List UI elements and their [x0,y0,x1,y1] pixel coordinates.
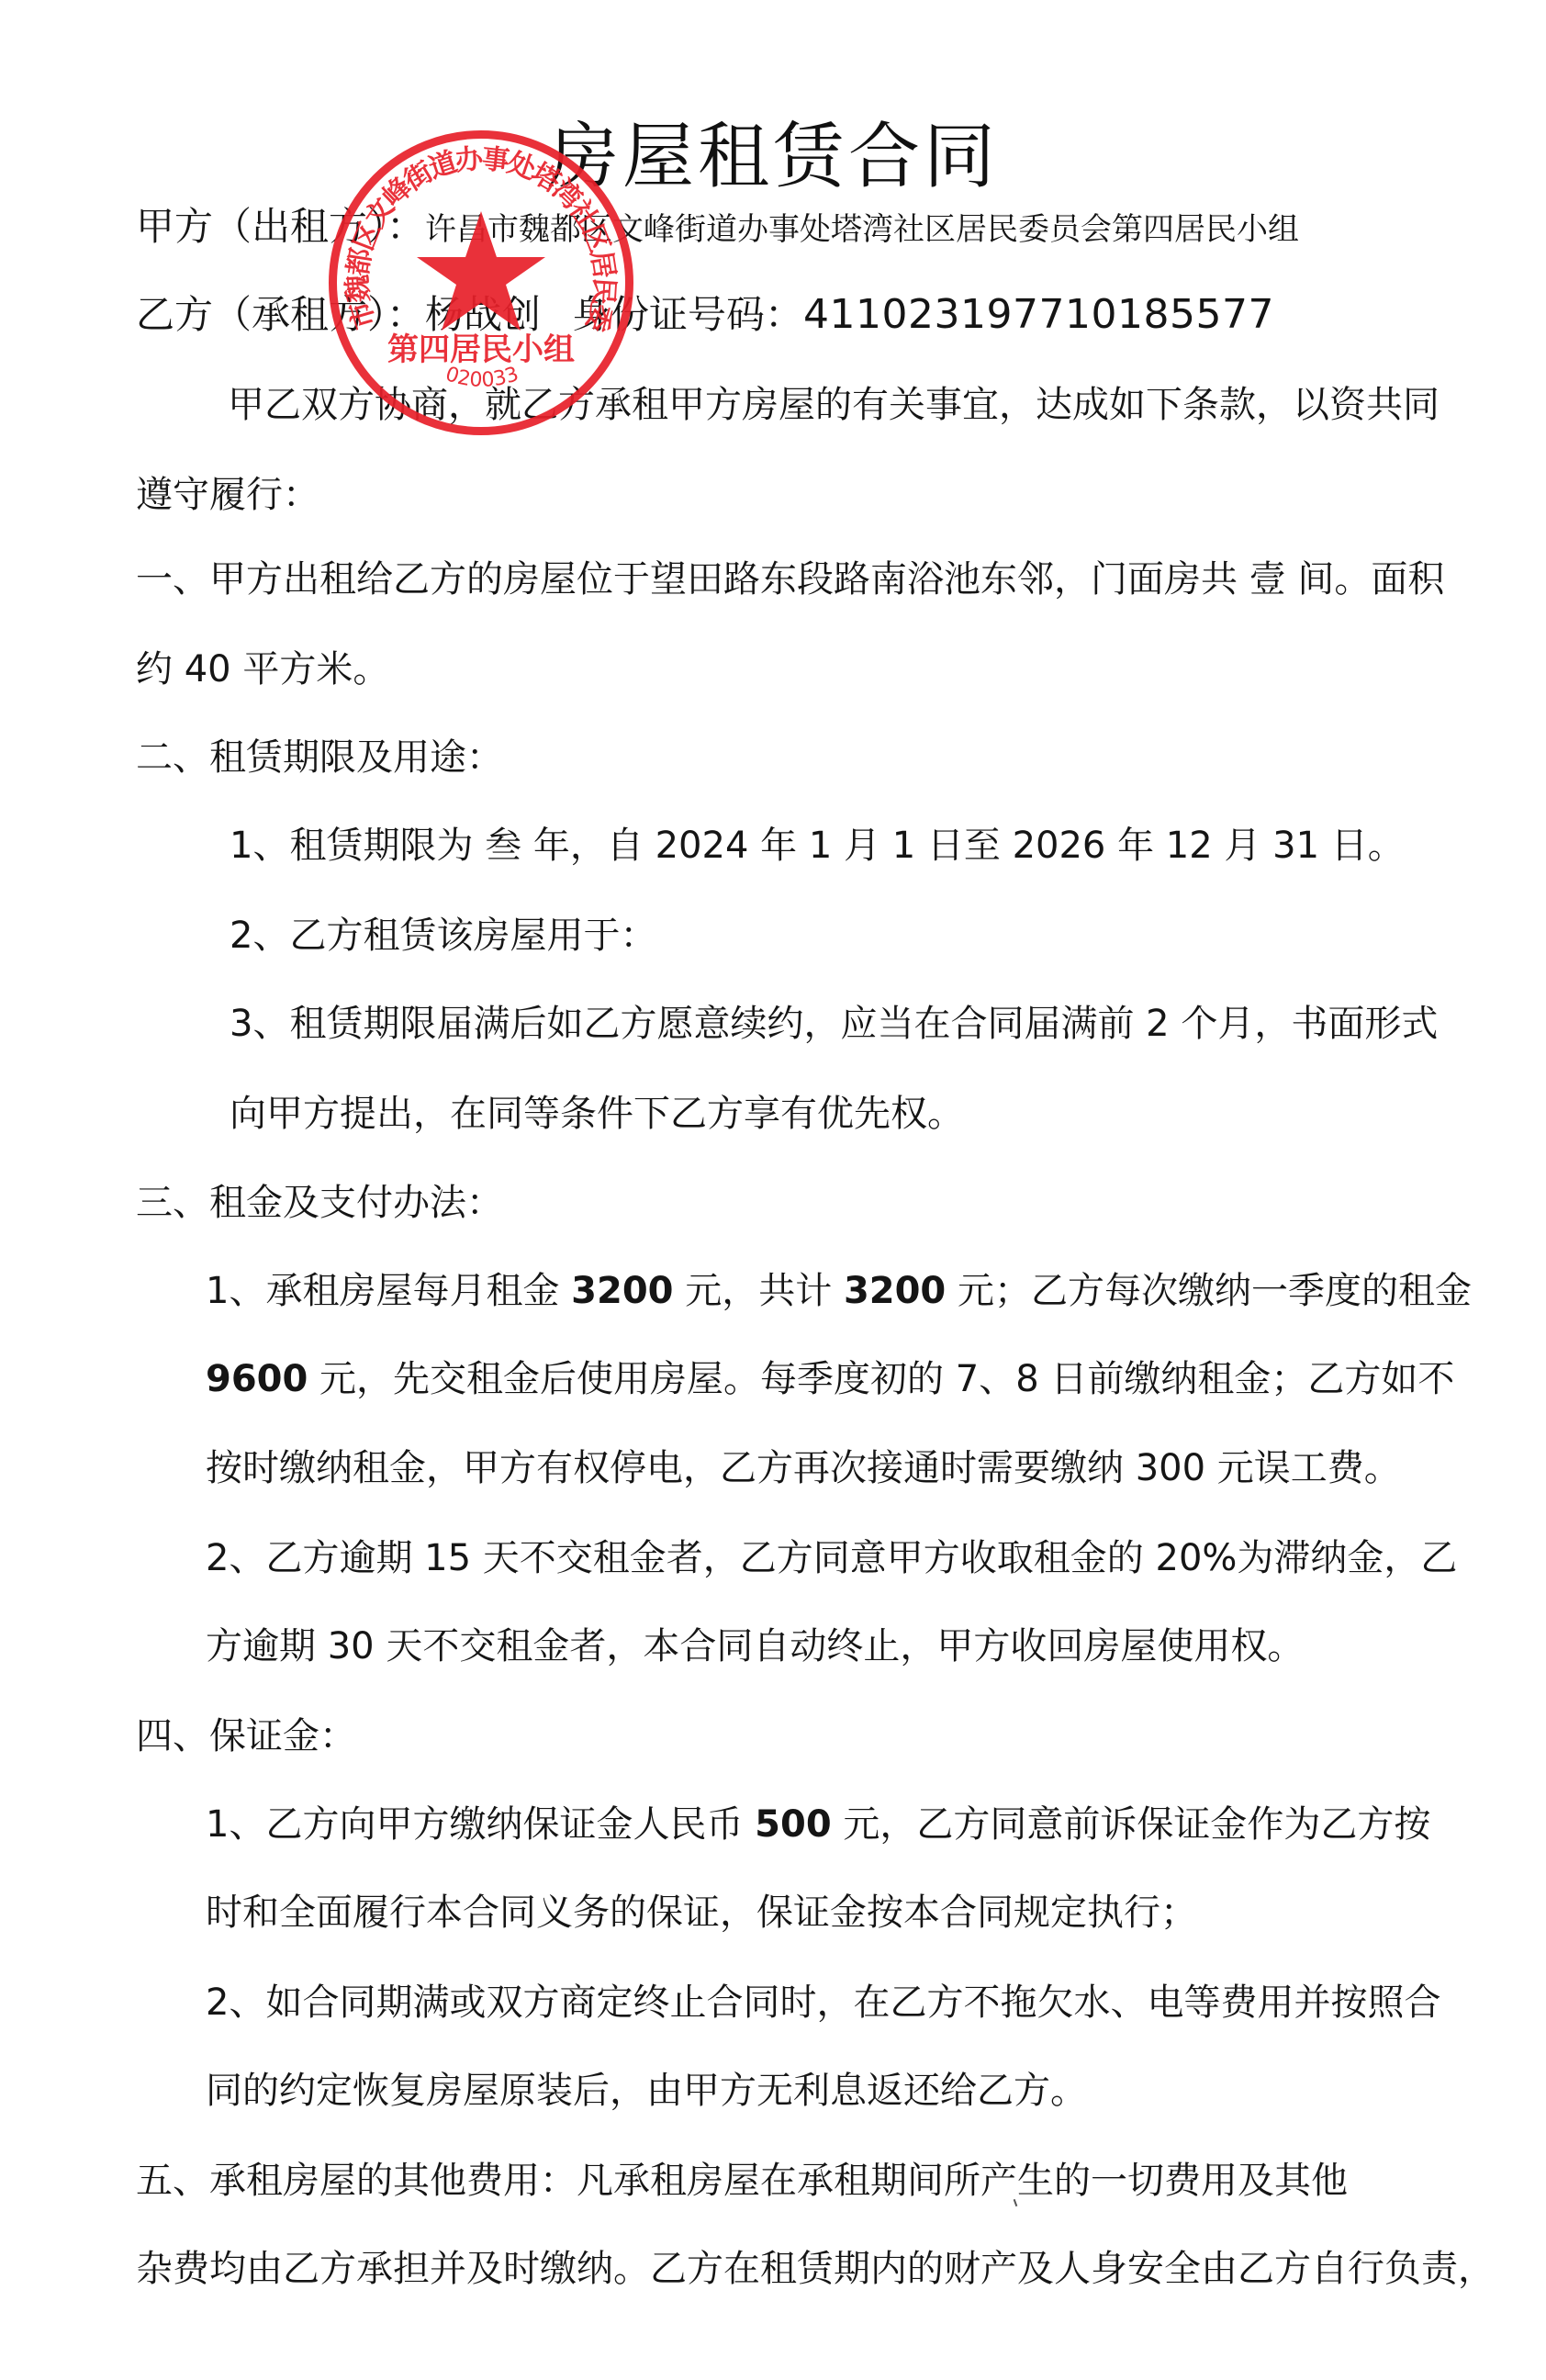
star-icon [417,211,545,331]
seal-inner-text: 第四居民小组 [387,331,575,368]
section-3-item-1-line-2: 9600 元，先交租金后使用房屋。每季度初的 7、8 日前缴纳租金；乙方如不 [206,1356,1454,1402]
monthly-rent: 3200 [571,1270,673,1312]
section-3-item-1-line-3: 按时缴纳租金，甲方有权停电，乙方再次接通时需要缴纳 300 元误工费。 [206,1445,1401,1491]
section-4-item-2-continuation: 同的约定恢复房屋原装后，由甲方无利息返还给乙方。 [206,2068,1087,2114]
text-fragment: 元，先交租金后使用房屋。每季度初的 7、8 日前缴纳租金；乙方如不 [308,1358,1454,1400]
section-4-heading: 四、保证金： [136,1713,356,1759]
section-4-item-1-continuation: 时和全面履行本合同义务的保证，保证金按本合同规定执行； [206,1890,1197,1936]
section-1-continuation: 约 40 平方米。 [136,646,389,692]
section-5-heading: 五、承租房屋的其他费用：凡承租房屋在承租期间所产生的一切费用及其他 [136,2158,1348,2204]
contract-page: 房屋租赁合同 甲方（出租方）：许昌市魏都区文峰街道办事处塔湾社区居民委员会第四居… [0,0,1546,2380]
section-2-heading: 二、租赁期限及用途： [136,735,503,780]
section-2-item-1: 1、租赁期限为 叁 年，自 2024 年 1 月 1 日至 2026 年 12 … [230,823,1405,869]
section-3-item-2: 2、乙方逾期 15 天不交租金者，乙方同意甲方收取租金的 20%为滞纳金，乙 [206,1535,1457,1581]
section-3-item-2-continuation: 方逾期 30 天不交租金者，本合同自动终止，甲方收回房屋使用权。 [206,1623,1304,1669]
seal-graphic: 许昌市魏都区文峰街道办事处塔湾社区居民委员会 第四居民小组 020033 [329,130,633,435]
document-title: 房屋租赁合同 [0,99,1546,202]
section-2-item-3: 3、租赁期限届满后如乙方愿意续约，应当在合同届满前 2 个月，书面形式 [230,1001,1438,1047]
section-2-item-3-continuation: 向甲方提出，在同等条件下乙方享有优先权。 [230,1091,964,1137]
section-1-heading: 一、甲方出租给乙方的房屋位于望田路东段路南浴池东邻，门面房共 壹 间。面积 [136,556,1444,602]
text-fragment: 元，乙方同意前诉保证金作为乙方按 [832,1803,1431,1846]
text-fragment: 1、承租房屋每月租金 [206,1270,571,1312]
official-seal-stamp: 许昌市魏都区文峰街道办事处塔湾社区居民委员会 第四居民小组 020033 [329,130,633,435]
section-3-item-1: 1、承租房屋每月租金 3200 元，共计 3200 元；乙方每次缴纳一季度的租金 [206,1268,1472,1314]
quarterly-rent: 9600 [206,1358,308,1400]
deposit-amount: 500 [755,1803,832,1846]
party-b-id-number: 411023197710185577 [803,291,1274,338]
party-a-line: 甲方（出租方）：许昌市魏都区文峰街道办事处塔湾社区居民委员会第四居民小组 [136,204,1299,253]
section-3-heading: 三、租金及支付办法： [136,1180,503,1226]
section-5-continuation: 杂费均由乙方承担并及时缴纳。乙方在租赁期内的财产及人身安全由乙方自行负责， [136,2246,1495,2292]
section-2-item-2: 2、乙方租赁该房屋用于： [230,913,656,959]
total-rent: 3200 [844,1270,946,1312]
party-b-line: 乙方（承租方）：杨战创身份证号码：411023197710185577 [136,292,1274,338]
text-fragment: 元，共计 [674,1270,844,1312]
section-4-item-2: 2、如合同期满或双方商定终止合同时，在乙方不拖欠水、电等费用并按照合 [206,1980,1440,2026]
section-4-item-1: 1、乙方向甲方缴纳保证金人民币 500 元，乙方同意前诉保证金作为乙方按 [206,1802,1430,1847]
text-fragment: 元；乙方每次缴纳一季度的租金 [946,1270,1472,1312]
preamble-line-2: 遵守履行： [136,472,319,518]
text-fragment: 1、乙方向甲方缴纳保证金人民币 [206,1803,755,1846]
